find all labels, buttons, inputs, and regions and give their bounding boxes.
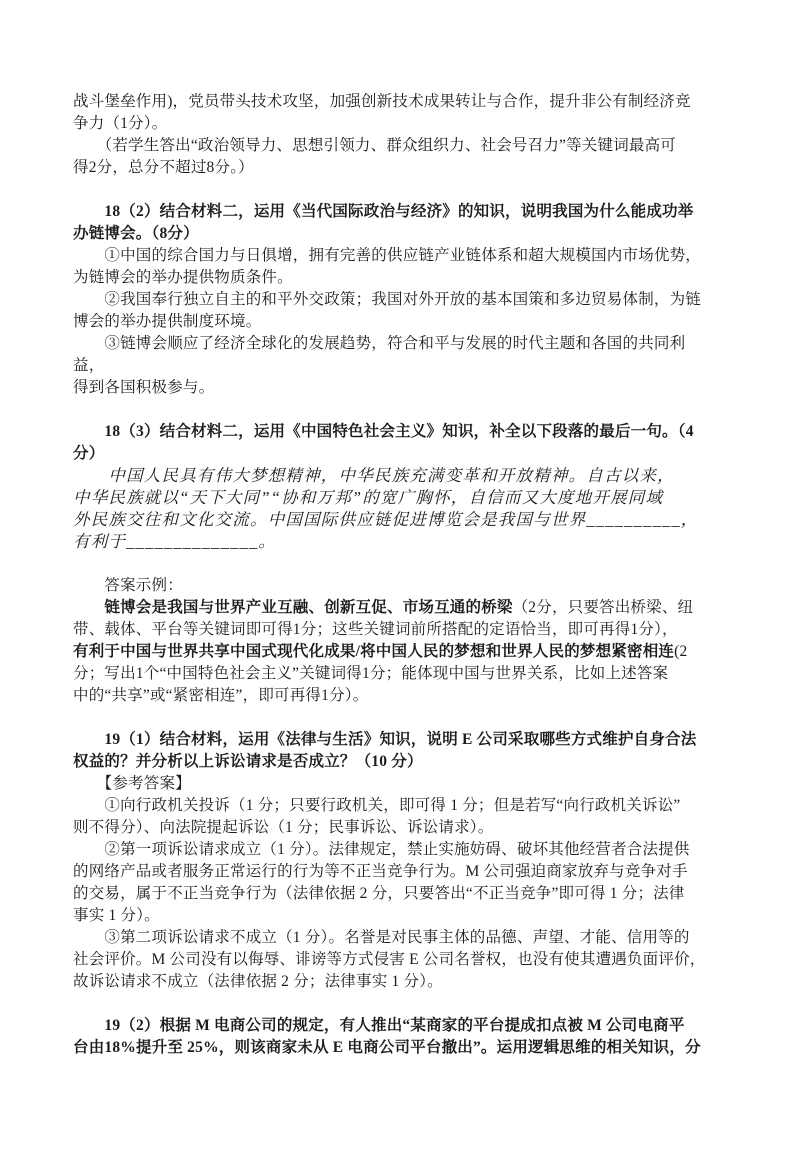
answer-17-tail-line: 战斗堡垒作用)，党员带头技术攻坚，加强创新技术成果转让与合作，提升非公有制经济竞	[73, 91, 713, 113]
answer-19-1-line: 事实 1 分）。	[73, 905, 713, 927]
text-segment: (2	[674, 643, 687, 660]
answer-18-3-line: 链博会是我国与世界产业互融、创新互促、市场互通的桥梁（2分，只要答出桥梁、纽	[73, 597, 713, 619]
answer-19-1-line: ②第一项诉讼请求成立（1 分）。法律规定，禁止实施妨碍、破坏其他经营者合法提供	[73, 839, 713, 861]
passage-18-3-line: 中国人民具有伟大梦想精神，中华民族充满变革和开放精神。自古以来，	[73, 465, 713, 487]
question-18-3-heading: 18（3）结合材料二，运用《中国特色社会主义》知识，补全以下段落的最后一句。（4…	[73, 421, 713, 465]
answer-18-2-line: 得到各国积极参与。	[73, 377, 713, 399]
document-page: 战斗堡垒作用)，党员带头技术攻坚，加强创新技术成果转让与合作，提升非公有制经济竞…	[0, 0, 800, 1153]
bold-text-segment: 有利于中国与世界共享中国式现代化成果/将中国人民的梦想和世界人民的梦想紧密相连	[73, 643, 674, 660]
answer-18-2-line: 博会的举办提供制度环境。	[73, 311, 713, 333]
answer-17-tail-line: （若学生答出“政治领导力、思想引领力、群众组织力、社会号召力”等关键词最高可	[73, 135, 713, 157]
question-18-2-heading-line: 办链博会。（8分）	[73, 223, 713, 245]
document-body: 战斗堡垒作用)，党员带头技术攻坚，加强创新技术成果转让与合作，提升非公有制经济竞…	[73, 91, 713, 1059]
question-19-2-heading-line: 台由18%提升至 25%，则该商家未从 E 电商公司平台撤出”。运用逻辑思维的相…	[73, 1037, 713, 1059]
answer-18-3-line: 分；写出1个“中国特色社会主义”关键词得1分；能体现中国与世界关系，比如上述答案	[73, 663, 713, 685]
passage-18-3: 中国人民具有伟大梦想精神，中华民族充满变革和开放精神。自古以来，中华民族就以“天…	[73, 465, 713, 553]
question-18-2-heading: 18（2）结合材料二，运用《当代国际政治与经济》的知识，说明我国为什么能成功举办…	[73, 201, 713, 245]
passage-18-3-line: 外民族交往和文化交流。中国国际供应链促进博览会是我国与世界__________，	[73, 509, 713, 531]
answer-18-3-line: 带、载体、平台等关键词即可得1分；这些关键词前所搭配的定语恰当，即可再得1分），	[73, 619, 713, 641]
question-19-1-heading-line: 19（1）结合材料，运用《法律与生活》知识，说明 E 公司采取哪些方式维护自身合…	[73, 729, 713, 751]
answer-19-1-line: 故诉讼请求不成立（法律依据 2 分；法律事实 1 分）。	[73, 971, 713, 993]
question-19-1-heading: 19（1）结合材料，运用《法律与生活》知识，说明 E 公司采取哪些方式维护自身合…	[73, 729, 713, 773]
bold-text-segment: 链博会是我国与世界产业互融、创新互促、市场互通的桥梁	[73, 599, 513, 616]
answer-19-1: 【参考答案】 ①向行政机关投诉（1 分；只要行政机关，即可得 1 分；但是若写“…	[73, 773, 713, 993]
answer-19-1-line: ①向行政机关投诉（1 分；只要行政机关，即可得 1 分；但是若写“向行政机关诉讼…	[73, 795, 713, 817]
answer-18-2-line: ③链博会顺应了经济全球化的发展趋势，符合和平与发展的时代主题和各国的共同利益，	[73, 333, 713, 377]
answer-18-2-line: ①中国的综合国力与日俱增，拥有完善的供应链产业链体系和超大规模国内市场优势，	[73, 245, 713, 267]
question-19-2-heading: 19（2）根据 M 电商公司的规定，有人推出“某商家的平台提成扣点被 M 公司电…	[73, 1015, 713, 1059]
question-19-2-heading-line: 19（2）根据 M 电商公司的规定，有人推出“某商家的平台提成扣点被 M 公司电…	[73, 1015, 713, 1037]
answer-18-3-line: 答案示例：	[73, 575, 713, 597]
answer-19-1-line: 的网络产品或者服务正常运行的行为等不正当竞争行为。M 公司强迫商家放弃与竞争对手	[73, 861, 713, 883]
answer-18-2-line: 为链博会的举办提供物质条件。	[73, 267, 713, 289]
answer-17-tail-line: 争力（1分）。	[73, 113, 713, 135]
answer-18-3-line: 有利于中国与世界共享中国式现代化成果/将中国人民的梦想和世界人民的梦想紧密相连(…	[73, 641, 713, 663]
answer-18-2-line: ②我国奉行独立自主的和平外交政策；我国对外开放的基本国策和多边贸易体制，为链	[73, 289, 713, 311]
answer-17-tail: 战斗堡垒作用)，党员带头技术攻坚，加强创新技术成果转让与合作，提升非公有制经济竞…	[73, 91, 713, 179]
answer-18-3: 答案示例： 链博会是我国与世界产业互融、创新互促、市场互通的桥梁（2分，只要答出…	[73, 575, 713, 707]
text-segment: （2分，只要答出桥梁、纽	[513, 599, 694, 616]
question-18-2-heading-line: 18（2）结合材料二，运用《当代国际政治与经济》的知识，说明我国为什么能成功举	[73, 201, 713, 223]
question-18-3-heading-line: 18（3）结合材料二，运用《中国特色社会主义》知识，补全以下段落的最后一句。（4	[73, 421, 713, 443]
question-19-1-heading-line: 权益的？并分析以上诉讼请求是否成立？（10 分）	[73, 751, 713, 773]
question-18-3-heading-line: 分）	[73, 443, 713, 465]
answer-18-3-line: 中的“共享”或“紧密相连”，即可再得1分）。	[73, 685, 713, 707]
answer-19-1-line: 【参考答案】	[73, 773, 713, 795]
answer-19-1-line: 的交易，属于不正当竞争行为（法律依据 2 分，只要答出“不正当竞争”即可得 1 …	[73, 883, 713, 905]
answer-17-tail-line: 得2分，总分不超过8分。）	[73, 157, 713, 179]
passage-18-3-line: 中华民族就以“天下大同”“协和万邦”的宽广胸怀，自信而又大度地开展同域	[73, 487, 713, 509]
answer-18-2: ①中国的综合国力与日俱增，拥有完善的供应链产业链体系和超大规模国内市场优势，为链…	[73, 245, 713, 399]
answer-19-1-line: 则不得分）、向法院提起诉讼（1 分；民事诉讼、诉讼请求）。	[73, 817, 713, 839]
answer-19-1-line: 社会评价。M 公司没有以侮辱、诽谤等方式侵害 E 公司名誉权，也没有使其遭遇负面…	[73, 949, 713, 971]
passage-18-3-line: 有利于______________。	[73, 531, 713, 553]
answer-19-1-line: ③第二项诉讼请求不成立（1 分）。名誉是对民事主体的品德、声望、才能、信用等的	[73, 927, 713, 949]
